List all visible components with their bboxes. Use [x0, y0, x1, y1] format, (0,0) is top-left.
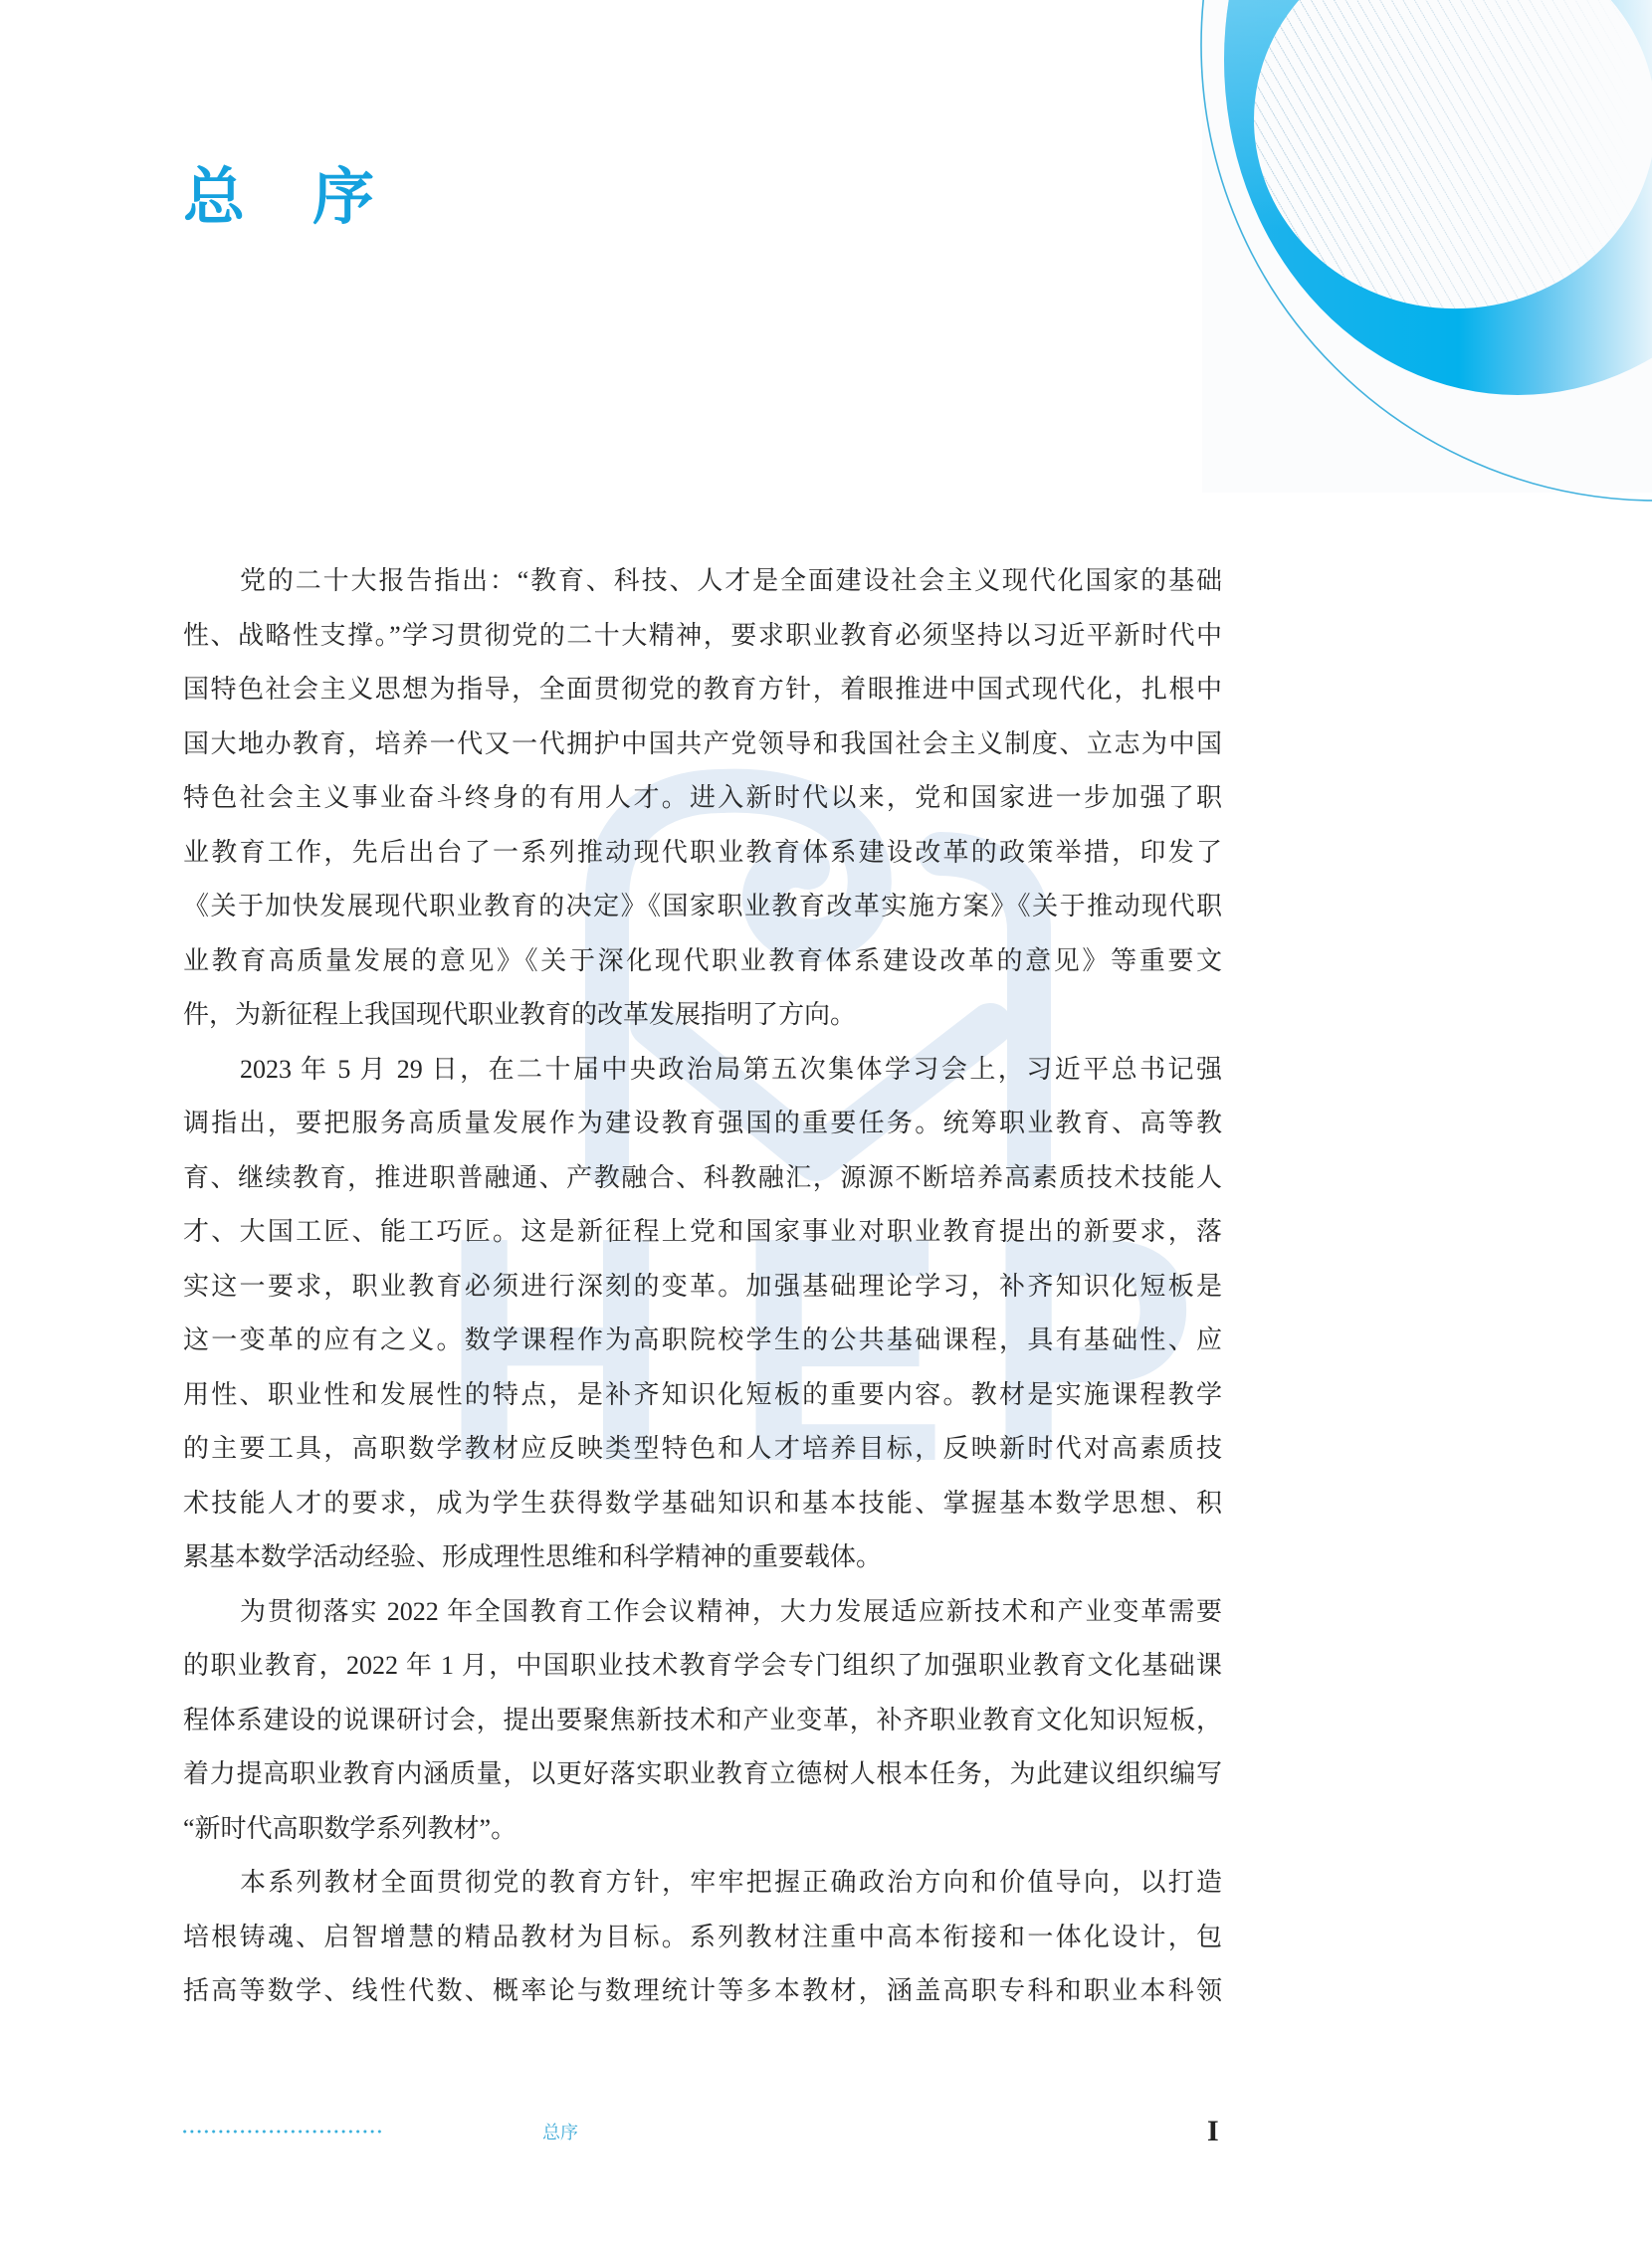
- book-page: H E P 总 序 党的二十大报告指出：“教育、科技、人才是全面建设社会主义现代…: [0, 0, 1652, 2241]
- paragraph-2: 2023 年 5 月 29 日，在二十届中央政治局第五次集体学习会上，习近平总书…: [183, 1043, 1222, 1585]
- text-line: 累基本数学活动经验、形成理性思维和科学精神的重要载体。: [183, 1530, 1222, 1585]
- page-title-char-1: 总: [183, 165, 245, 229]
- text-line: 国大地办教育，培养一代又一代拥护中国共产党领导和我国社会主义制度、立志为中国: [183, 717, 1222, 772]
- text-line: 《关于加快发展现代职业教育的决定》《国家职业教育改革实施方案》《关于推动现代职: [183, 880, 1222, 934]
- page-title-char-2: 序: [312, 165, 374, 229]
- text-line: 国特色社会主义思想为指导，全面贯彻党的教育方针，着眼推进中国式现代化，扎根中: [183, 663, 1222, 717]
- text-line: 育、继续教育，推进职普融通、产教融合、科教融汇，源源不断培养高素质技术技能人: [183, 1151, 1222, 1206]
- text-line: 件，为新征程上我国现代职业教育的改革发展指明了方向。: [183, 988, 1222, 1043]
- text-line: 这一变革的应有之义。数学课程作为高职院校学生的公共基础课程，具有基础性、应: [183, 1314, 1222, 1368]
- text-line: 2023 年 5 月 29 日，在二十届中央政治局第五次集体学习会上，习近平总书…: [183, 1043, 1222, 1098]
- text-line: 实这一要求，职业教育必须进行深刻的变革。加强基础理论学习，补齐知识化短板是: [183, 1260, 1222, 1315]
- page-title: 总 序: [183, 165, 374, 229]
- paragraph-1: 党的二十大报告指出：“教育、科技、人才是全面建设社会主义现代化国家的基础 性、战…: [183, 554, 1222, 1043]
- text-line: 术技能人才的要求，成为学生获得数学基础知识和基本技能、掌握基本数学思想、积: [183, 1477, 1222, 1531]
- text-line: 特色社会主义事业奋斗终身的有用人才。进入新时代以来，党和国家进一步加强了职: [183, 771, 1222, 826]
- text-line: 用性、职业性和发展性的特点，是补齐知识化短板的重要内容。教材是实施课程教学: [183, 1368, 1222, 1423]
- text-line: 着力提高职业教育内涵质量，以更好落实职业教育立德树人根本任务，为此建议组织编写: [183, 1747, 1222, 1802]
- body-text: 党的二十大报告指出：“教育、科技、人才是全面建设社会主义现代化国家的基础 性、战…: [183, 554, 1222, 2019]
- paragraph-3: 为贯彻落实 2022 年全国教育工作会议精神，大力发展适应新技术和产业变革需要 …: [183, 1585, 1222, 1857]
- footer-section-label: 总序: [542, 2122, 578, 2145]
- text-line: 括高等数学、线性代数、概率论与数理统计等多本教材，涵盖高职专科和职业本科领: [183, 1964, 1222, 2019]
- text-line: 业教育工作，先后出台了一系列推动现代职业教育体系建设改革的政策举措，印发了: [183, 826, 1222, 881]
- text-line: 的主要工具，高职数学教材应反映类型特色和人才培养目标，反映新时代对高素质技: [183, 1422, 1222, 1477]
- text-line: 培根铸魂、启智增慧的精品教材为目标。系列教材注重中高本衔接和一体化设计，包: [183, 1911, 1222, 1965]
- text-line: 调指出，要把服务高质量发展作为建设教育强国的重要任务。统筹职业教育、高等教: [183, 1097, 1222, 1151]
- page-number: I: [1207, 2117, 1219, 2146]
- footer-dotted-rule: [181, 2130, 383, 2134]
- text-line: 的职业教育，2022 年 1 月，中国职业技术教育学会专门组织了加强职业教育文化…: [183, 1639, 1222, 1694]
- text-line: 性、战略性支撑。”学习贯彻党的二十大精神，要求职业教育必须坚持以习近平新时代中: [183, 609, 1222, 664]
- text-line: 党的二十大报告指出：“教育、科技、人才是全面建设社会主义现代化国家的基础: [183, 554, 1222, 609]
- text-line: 为贯彻落实 2022 年全国教育工作会议精神，大力发展适应新技术和产业变革需要: [183, 1585, 1222, 1640]
- text-line: 才、大国工匠、能工巧匠。这是新征程上党和国家事业对职业教育提出的新要求，落: [183, 1205, 1222, 1260]
- text-line: 业教育高质量发展的意见》《关于深化现代职业教育体系建设改革的意见》等重要文: [183, 934, 1222, 989]
- text-line: 程体系建设的说课研讨会，提出要聚焦新技术和产业变革，补齐职业教育文化知识短板，: [183, 1694, 1222, 1748]
- text-line: 本系列教材全面贯彻党的教育方针，牢牢把握正确政治方向和价值导向，以打造: [183, 1856, 1222, 1911]
- text-line: “新时代高职数学系列教材”。: [183, 1802, 1222, 1857]
- paragraph-4: 本系列教材全面贯彻党的教育方针，牢牢把握正确政治方向和价值导向，以打造 培根铸魂…: [183, 1856, 1222, 2019]
